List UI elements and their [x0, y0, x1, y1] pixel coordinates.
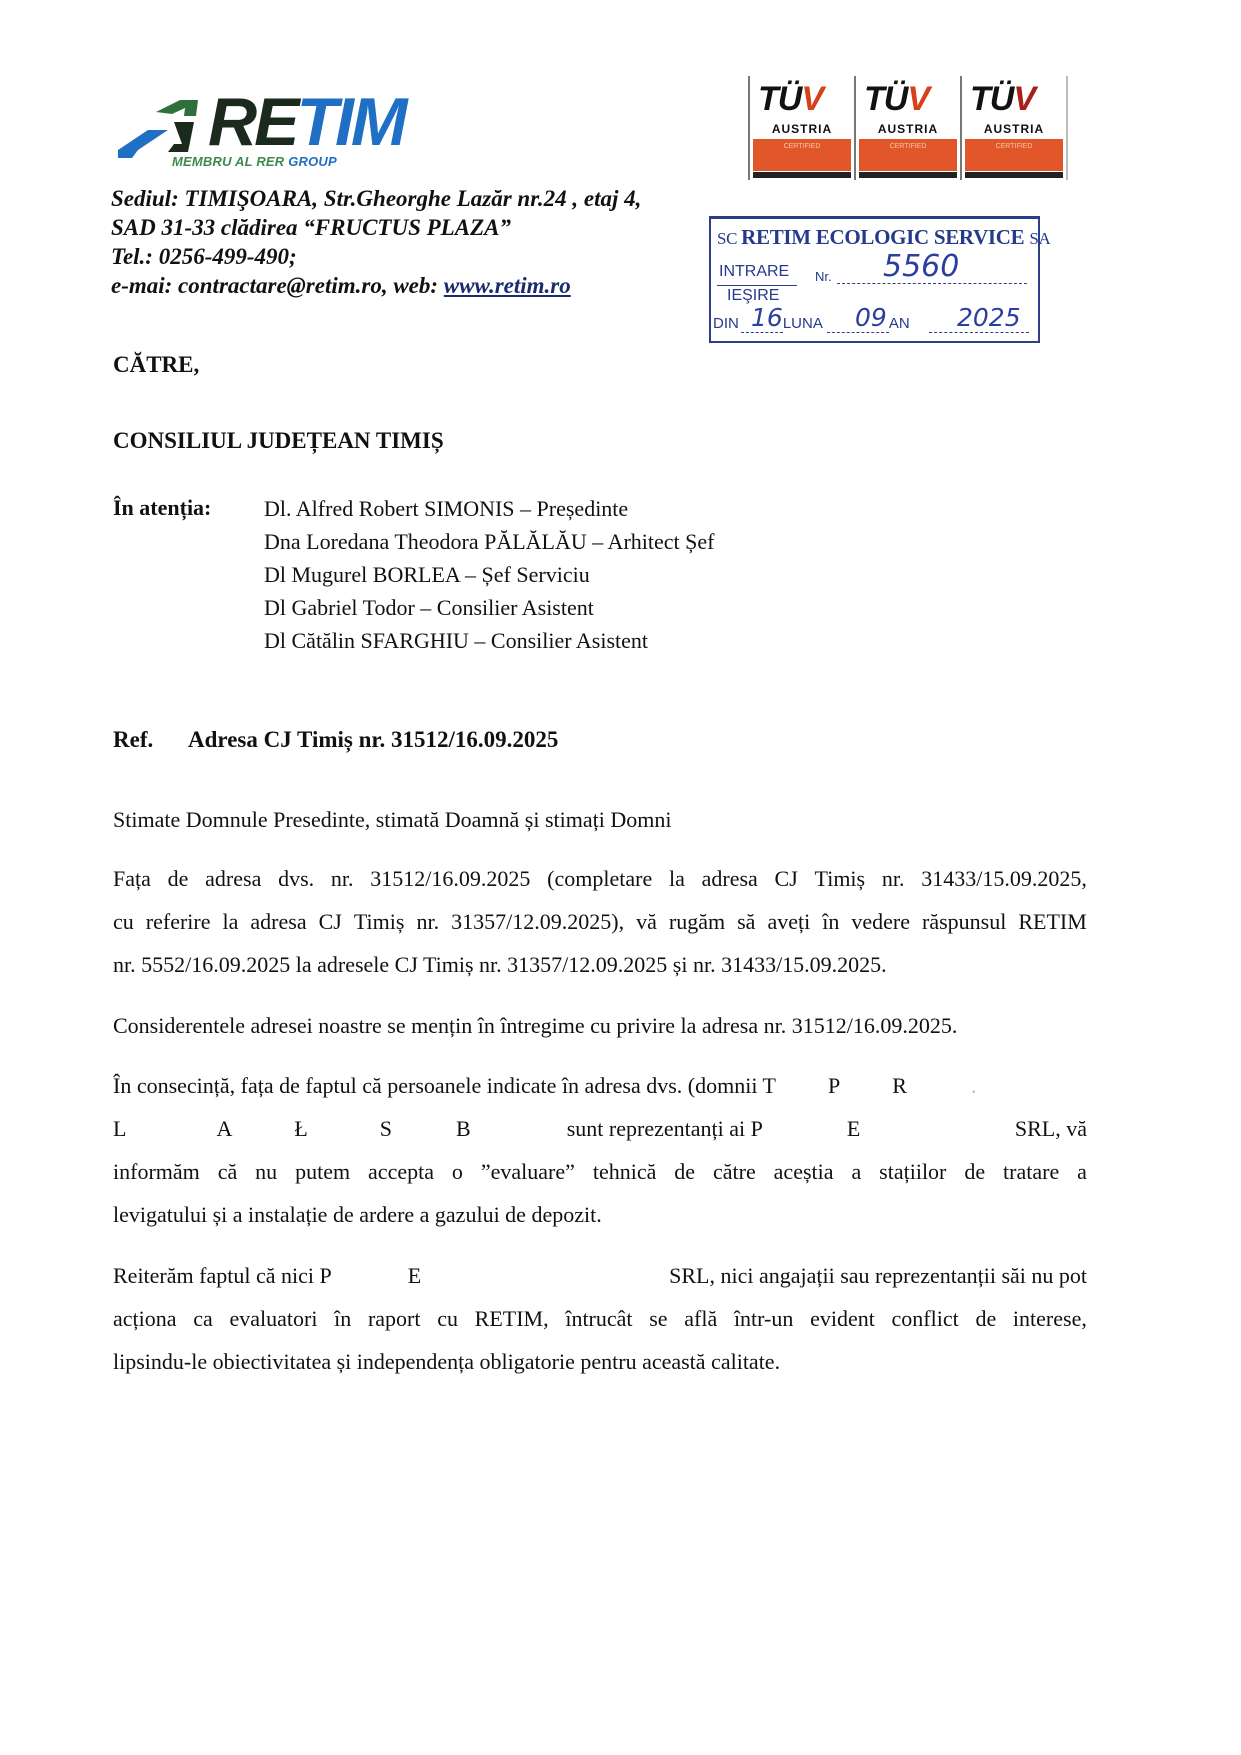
paragraph-line: Reiterăm faptul că nici P E SRL, nici an…	[113, 1254, 1087, 1297]
tuv-certificate-badge: TÜV AUSTRIA CERTIFIED	[748, 76, 854, 180]
text-fragment: sunt reprezentanți ai P	[567, 1107, 763, 1150]
paragraph-line: Considerentele adresei noastre se mențin…	[113, 1004, 1087, 1047]
stamp-din-label: DIN	[713, 315, 739, 332]
tuv-country: AUSTRIA	[750, 122, 854, 136]
logo-re: RE	[208, 84, 296, 160]
text-fragment: S	[380, 1107, 392, 1150]
text-fragment: L	[113, 1107, 126, 1150]
address-line: Sediul: TIMIŞOARA, Str.Gheorghe Lazăr nr…	[111, 184, 641, 213]
text-fragment: A	[216, 1107, 232, 1150]
text-fragment: SRL, vă	[1015, 1107, 1087, 1150]
text-fragment: B	[456, 1107, 471, 1150]
website-link[interactable]: www.retim.ro	[444, 273, 571, 298]
to-label: CĂTRE,	[113, 352, 199, 378]
tuv-certificate-badge: TÜV AUSTRIA CERTIFIED	[960, 76, 1068, 180]
paragraph-3: În consecință, fața de faptul că persoan…	[113, 1064, 1087, 1236]
text-fragment: Ł	[294, 1107, 307, 1150]
tagline-part2: GROUP	[288, 154, 337, 169]
attention-item: Dna Loredana Theodora PĂLĂLĂU – Arhitect…	[264, 525, 714, 558]
recipient-institution: CONSILIUL JUDEȚEAN TIMIȘ	[113, 428, 444, 454]
reference-text: Adresa CJ Timiș nr. 31512/16.09.2025	[188, 727, 558, 753]
tuv-certificate-badge: TÜV AUSTRIA CERTIFIED	[854, 76, 960, 180]
stamp-month-value: 09	[855, 303, 887, 332]
paragraph-4: Reiterăm faptul că nici P E SRL, nici an…	[113, 1254, 1087, 1383]
text-fragment: SRL, nici angajații sau reprezentanții s…	[669, 1254, 1087, 1297]
paragraph-line: acționacaevaluatoriînraportcuRETIM,întru…	[113, 1297, 1087, 1340]
salutation: Stimate Domnule Presedinte, stimată Doam…	[113, 808, 671, 832]
text-fragment: P	[828, 1064, 840, 1107]
paragraph-line: cureferirelaadresaCJTimișnr.31357/12.09.…	[113, 900, 1087, 943]
tuv-certified-band: CERTIFIED	[965, 139, 1063, 171]
text-fragment: În consecință, fața de faptul că persoan…	[113, 1064, 776, 1107]
stamp-luna-label: LUNA	[783, 315, 823, 332]
stamp-line	[741, 332, 783, 333]
text-fragment: E	[408, 1254, 421, 1297]
address-line: SAD 31-33 clădirea “FRUCTUS PLAZA”	[111, 213, 641, 242]
attention-item: Dl. Alfred Robert SIMONIS – Președinte	[264, 492, 714, 525]
tuv-certified-band: CERTIFIED	[753, 139, 851, 171]
phone-line: Tel.: 0256-499-490;	[111, 242, 641, 271]
tagline-part1: MEMBRU AL RER	[172, 154, 288, 169]
retim-arrow-icon	[118, 100, 204, 158]
tuv-logo-icon: TÜV	[970, 80, 1035, 119]
contact-line: e-mai: contractare@retim.ro, web: www.re…	[111, 271, 641, 300]
tuv-footer	[859, 172, 957, 178]
stamp-an-label: AN	[889, 315, 910, 332]
tuv-logo-icon: TÜV	[864, 80, 929, 119]
tuv-footer	[965, 172, 1063, 178]
contact-email: e-mai: contractare@retim.ro, web:	[111, 273, 444, 298]
attention-item: Dl Mugurel BORLEA – Șef Serviciu	[264, 558, 714, 591]
attention-list: Dl. Alfred Robert SIMONIS – Președinte D…	[264, 492, 714, 657]
text-fragment: .	[971, 1064, 977, 1107]
logo-wordmark: RETIM	[208, 86, 405, 158]
text-fragment: R	[892, 1064, 907, 1107]
stamp-line	[827, 332, 889, 333]
reference-label: Ref.	[113, 727, 153, 753]
paragraph-line: nr. 5552/16.09.2025 la adresele CJ Timiș…	[113, 943, 1087, 986]
certification-badges: TÜV AUSTRIA CERTIFIED TÜV AUSTRIA CERTIF…	[748, 76, 1068, 180]
company-logo: RETIM MEMBRU AL RER GROUP	[118, 92, 418, 172]
attention-label: În atenția:	[113, 496, 211, 520]
logo-tagline: MEMBRU AL RER GROUP	[172, 154, 337, 169]
paragraph-line: levigatului și a instalație de ardere a …	[113, 1193, 1087, 1236]
stamp-day-value: 16	[751, 303, 783, 332]
text-fragment: E	[847, 1107, 860, 1150]
company-address: Sediul: TIMIŞOARA, Str.Gheorghe Lazăr nr…	[111, 184, 641, 300]
paragraph-line: L A Ł S B sunt reprezentanți ai P E SRL,…	[113, 1107, 1087, 1150]
paragraph-line: informămcănuputemacceptao”evaluare”tehni…	[113, 1150, 1087, 1193]
logo-tim: TIM	[296, 84, 404, 160]
paragraph-1: Fațadeadresadvs.nr.31512/16.09.2025(comp…	[113, 857, 1087, 986]
registration-stamp: SC RETIM ECOLOGIC SERVICE SA INTRARE IEŞ…	[709, 216, 1040, 343]
paragraph-2: Considerentele adresei noastre se mențin…	[113, 1004, 1087, 1047]
tuv-logo-icon: TÜV	[758, 80, 823, 119]
stamp-company: SC RETIM ECOLOGIC SERVICE SA	[717, 225, 1050, 250]
paragraph-line: lipsindu-le obiectivitatea și independen…	[113, 1340, 1087, 1383]
tuv-certified-band: CERTIFIED	[859, 139, 957, 171]
attention-item: Dl Cătălin SFARGHIU – Consilier Asistent	[264, 624, 714, 657]
stamp-line	[929, 332, 1029, 333]
stamp-divider	[717, 285, 797, 286]
text-fragment: Reiterăm faptul că nici P	[113, 1254, 332, 1297]
paragraph-line: Fațadeadresadvs.nr.31512/16.09.2025(comp…	[113, 857, 1087, 900]
stamp-nr-label: Nr.	[815, 269, 832, 284]
stamp-nr-value: 5560	[883, 249, 959, 284]
paragraph-line: În consecință, fața de faptul că persoan…	[113, 1064, 1087, 1107]
stamp-intrare-label: INTRARE	[719, 263, 789, 281]
attention-item: Dl Gabriel Todor – Consilier Asistent	[264, 591, 714, 624]
tuv-footer	[753, 172, 851, 178]
stamp-year-value: 2025	[957, 303, 1021, 332]
tuv-country: AUSTRIA	[856, 122, 960, 136]
tuv-country: AUSTRIA	[962, 122, 1066, 136]
